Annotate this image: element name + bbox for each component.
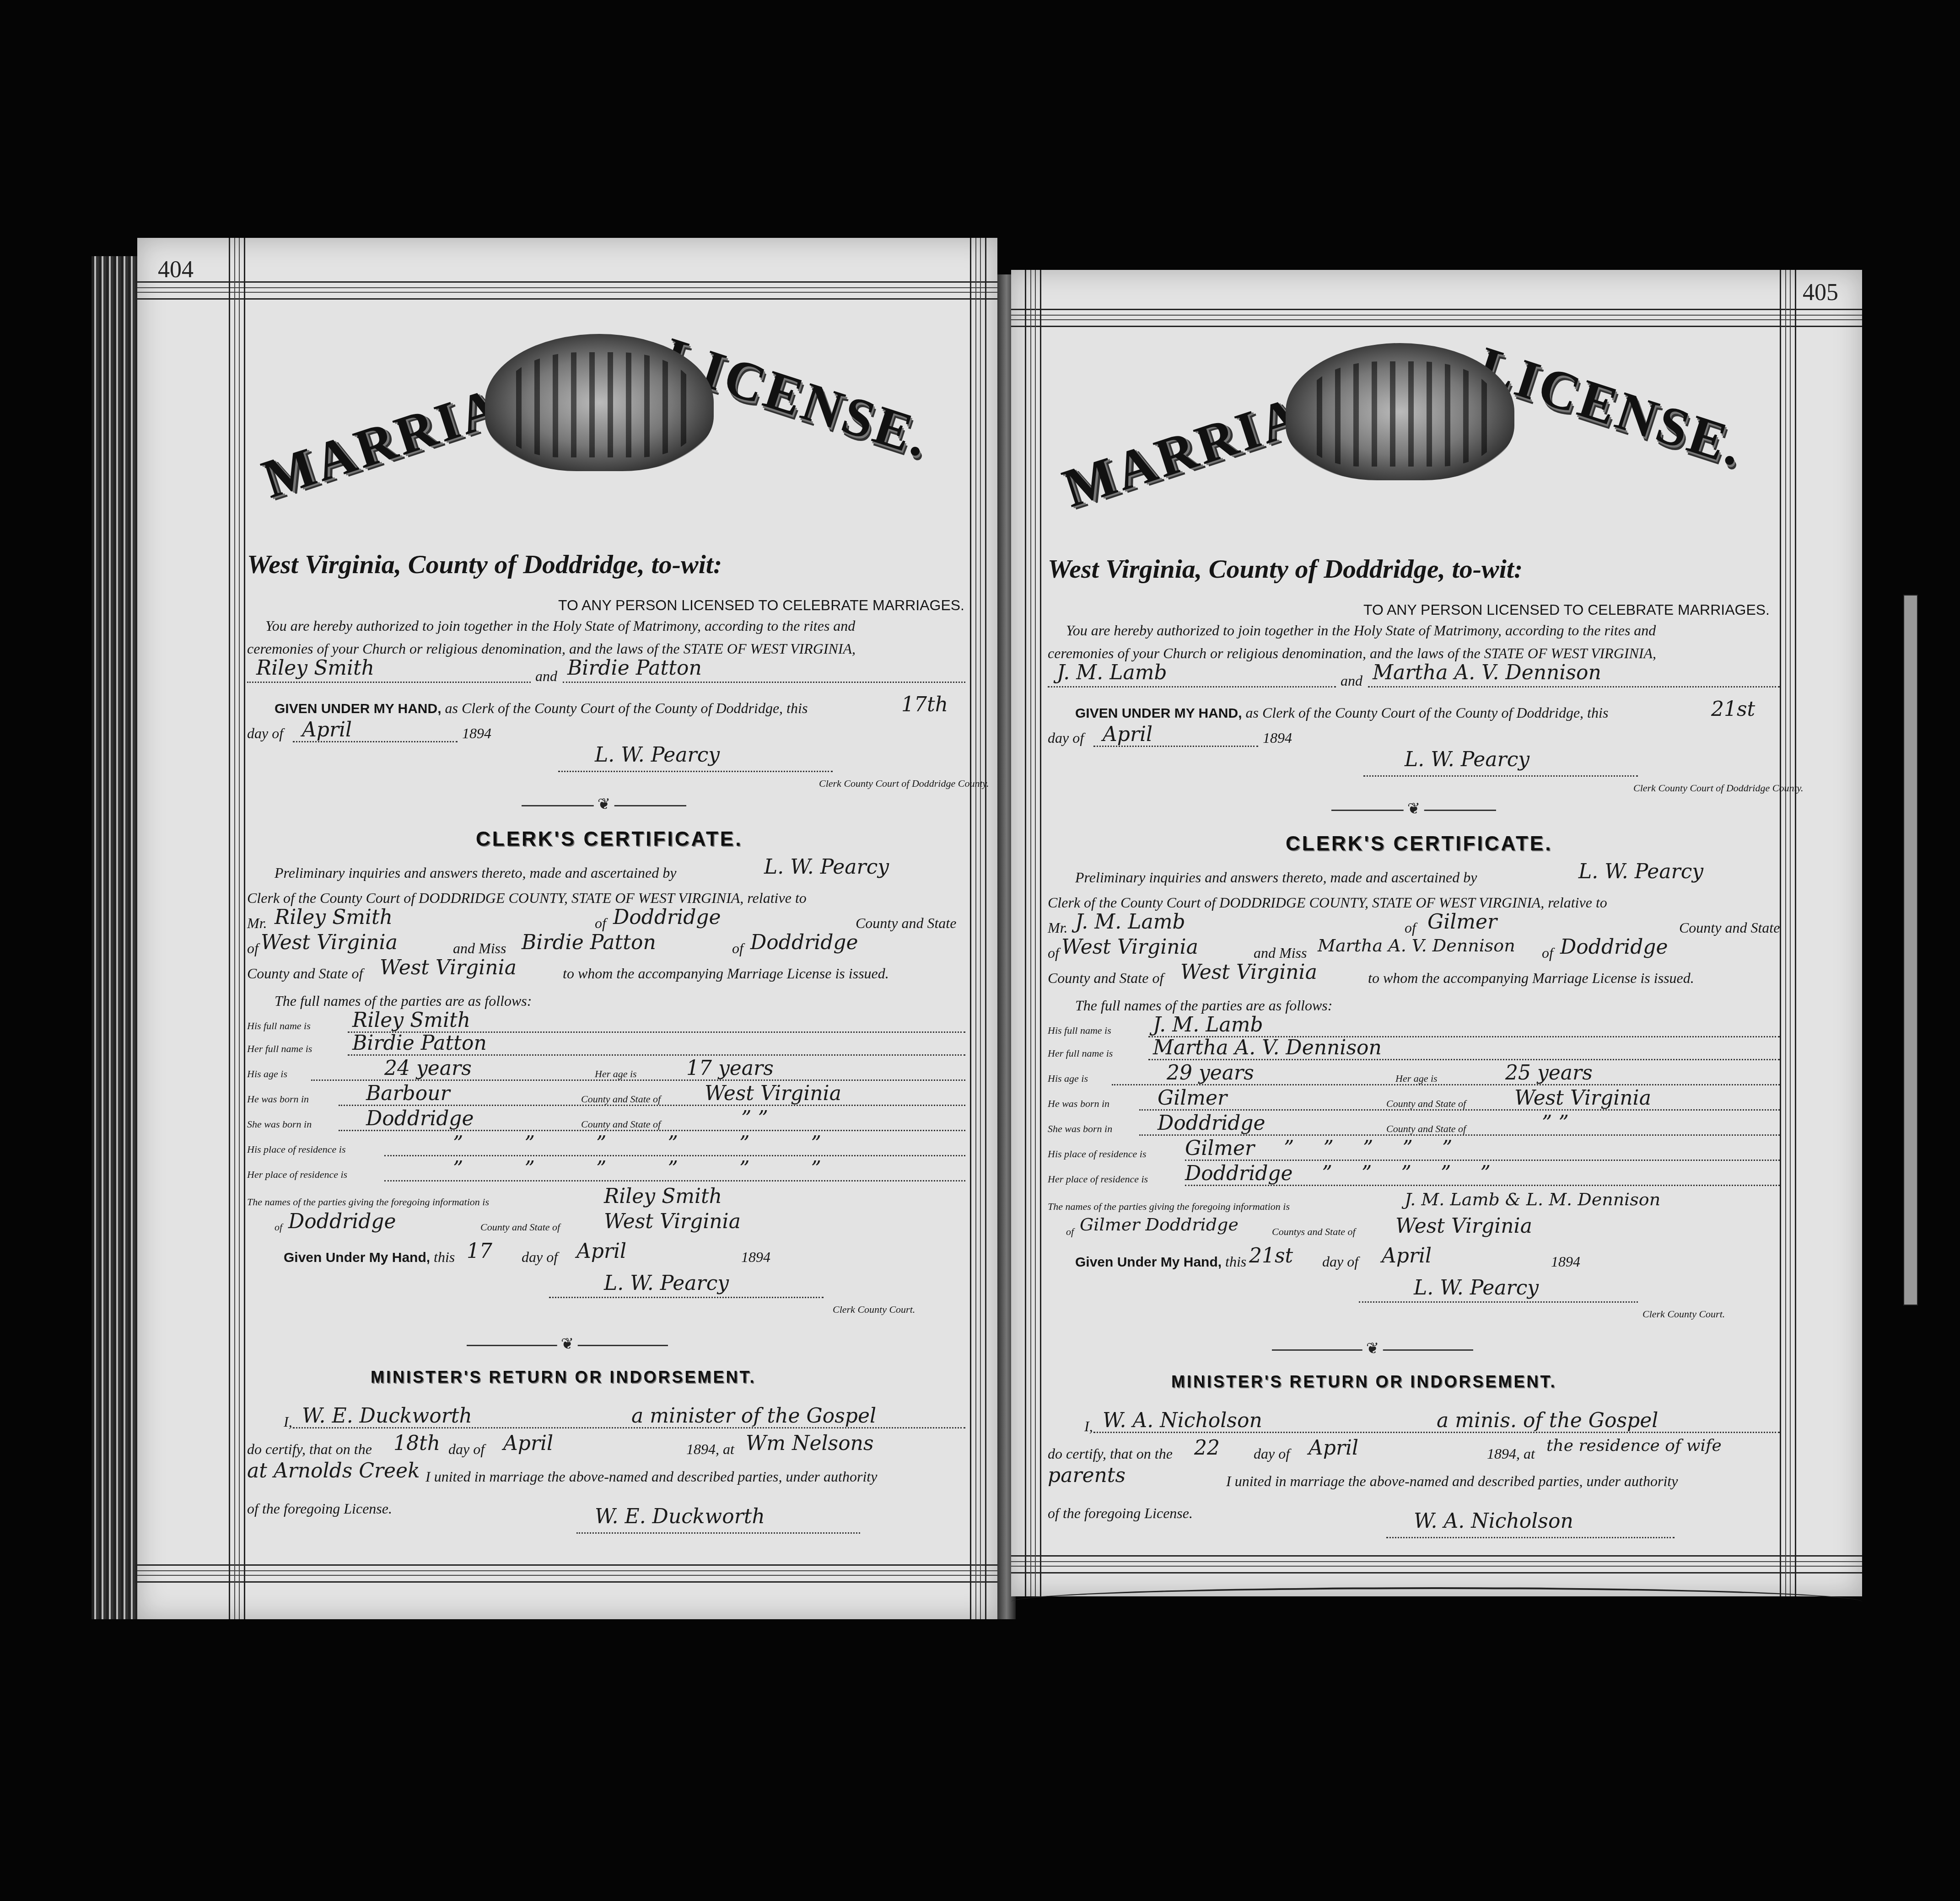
page-rule-bottom bbox=[137, 1564, 997, 1583]
cert-year: 1894 bbox=[1551, 1253, 1580, 1270]
he-born-label: He was born in bbox=[1048, 1098, 1109, 1110]
bride-name: Birdie Patton bbox=[567, 656, 702, 680]
mr-county: Doddridge bbox=[613, 906, 721, 929]
month-line bbox=[293, 741, 458, 742]
license-day: 17th bbox=[901, 693, 948, 716]
bride-line bbox=[563, 682, 965, 683]
line bbox=[1185, 1160, 1780, 1161]
her-residence: Doddridge ” ” ” ” ” bbox=[1185, 1162, 1491, 1185]
marriage-month: April bbox=[1308, 1436, 1358, 1460]
line bbox=[311, 1079, 965, 1081]
license-year: 1894 bbox=[462, 725, 491, 742]
his-residence: Gilmer ” ” ” ” ” bbox=[1185, 1137, 1453, 1160]
ornament-divider bbox=[1272, 1349, 1473, 1351]
his-full-name: J. M. Lamb bbox=[1153, 1013, 1263, 1036]
his-full-name-label: His full name is bbox=[1048, 1025, 1111, 1036]
line bbox=[576, 1532, 860, 1534]
marriage-month: April bbox=[503, 1432, 553, 1455]
minister-name: W. E. Duckworth bbox=[302, 1404, 472, 1428]
her-residence-label: Her place of residence is bbox=[1048, 1173, 1148, 1185]
cert-clerk-signature: L. W. Pearcy bbox=[1414, 1276, 1539, 1300]
page-rule-right bbox=[1780, 270, 1796, 1596]
given-under-hand-line: GIVEN UNDER MY HAND, as Clerk of the Cou… bbox=[275, 700, 808, 717]
mr-label: Mr. bbox=[247, 915, 267, 932]
informant-state: West Virginia bbox=[604, 1210, 741, 1233]
address-line: TO ANY PERSON LICENSED TO CELEBRATE MARR… bbox=[1363, 601, 1770, 618]
page-curl-bottom bbox=[1011, 1587, 1862, 1616]
he-born-county-state-label: County and State of bbox=[581, 1093, 661, 1105]
informant-label: The names of the parties giving the fore… bbox=[247, 1196, 489, 1208]
line bbox=[1359, 1301, 1638, 1303]
page-number: 404 bbox=[158, 256, 194, 283]
ministers-return-heading: MINISTER'S RETURN OR INDORSEMENT. bbox=[1171, 1372, 1557, 1391]
marriage-day-of-label: day of bbox=[448, 1441, 485, 1458]
marriage-year: 1894, at bbox=[1487, 1445, 1535, 1462]
minister-title: a minister of the Gospel bbox=[631, 1404, 876, 1428]
her-full-name: Martha A. V. Dennison bbox=[1153, 1036, 1382, 1059]
her-age-label: Her age is bbox=[595, 1068, 637, 1080]
mr-label: Mr. bbox=[1048, 919, 1068, 936]
line bbox=[1112, 1084, 1780, 1085]
given-under-hand-text: as Clerk of the County Court of the Coun… bbox=[445, 700, 808, 716]
county-state-label: County and State bbox=[856, 915, 956, 932]
to-whom-text: to whom the accompanying Marriage Licens… bbox=[563, 965, 889, 982]
clerk-of-text: Clerk of the County Court of DODDRIDGE C… bbox=[247, 890, 807, 907]
clerks-certificate-heading: CLERK'S CERTIFICATE. bbox=[476, 828, 743, 851]
his-age-label: His age is bbox=[1048, 1073, 1088, 1085]
informant-name: J. M. Lamb & L. M. Dennison bbox=[1405, 1189, 1660, 1209]
marriage-day-of-label: day of bbox=[1254, 1445, 1290, 1462]
mr-state: West Virginia bbox=[1061, 935, 1198, 959]
she-born-county-state-label: County and State of bbox=[1386, 1123, 1466, 1135]
clerk-signature: L. W. Pearcy bbox=[595, 743, 720, 767]
his-age: 24 years bbox=[384, 1057, 472, 1080]
line bbox=[339, 1105, 965, 1106]
ornament-divider bbox=[467, 1345, 668, 1346]
informant-county: Doddridge bbox=[288, 1210, 396, 1233]
certify-text: do certify, that on the bbox=[1048, 1445, 1173, 1462]
bride-name: Martha A. V. Dennison bbox=[1373, 661, 1601, 684]
ascertained-by: L. W. Pearcy bbox=[1578, 860, 1703, 883]
line bbox=[339, 1130, 965, 1131]
marriage-year: 1894, at bbox=[686, 1441, 734, 1458]
full-names-intro: The full names of the parties are as fol… bbox=[1075, 997, 1332, 1014]
marriage-license-form: MARRIAGE LICENSE. West Virginia, County … bbox=[247, 320, 965, 1555]
of-label: of bbox=[595, 915, 606, 932]
prelim-text: Preliminary inquiries and answers theret… bbox=[275, 865, 676, 881]
informant-county-state-label: County and State of bbox=[480, 1221, 560, 1233]
line bbox=[348, 1054, 965, 1056]
miss-of-label: of bbox=[732, 940, 743, 957]
line bbox=[384, 1180, 965, 1181]
his-full-name: Riley Smith bbox=[352, 1009, 470, 1032]
cert-month: April bbox=[1382, 1244, 1432, 1267]
ascertained-by: L. W. Pearcy bbox=[764, 855, 889, 879]
and-label: and bbox=[535, 668, 557, 685]
and-label: and bbox=[1341, 672, 1362, 689]
given-under-hand-label: GIVEN UNDER MY HAND, bbox=[275, 701, 441, 716]
cert-day: 21st bbox=[1249, 1244, 1293, 1267]
and-miss-label: and Miss bbox=[453, 940, 506, 957]
informant-of-label: of bbox=[1066, 1226, 1074, 1238]
clerk-signature-line bbox=[1363, 775, 1638, 777]
of-license-text: of the foregoing License. bbox=[247, 1500, 392, 1517]
authorization-text-2: ceremonies of your Church or religious d… bbox=[247, 640, 856, 657]
cert-clerk-caption: Clerk County Court. bbox=[1642, 1308, 1725, 1320]
day-of-label: day of bbox=[1048, 730, 1084, 746]
certify-text: do certify, that on the bbox=[247, 1441, 372, 1458]
her-residence: ” ” ” ” ” ” bbox=[453, 1157, 849, 1181]
address-line: TO ANY PERSON LICENSED TO CELEBRATE MARR… bbox=[558, 597, 964, 614]
she-born-state: ” ” bbox=[1542, 1112, 1569, 1135]
her-full-name-label: Her full name is bbox=[1048, 1047, 1113, 1059]
cert-year: 1894 bbox=[741, 1249, 770, 1266]
his-residence: ” ” ” ” ” ” bbox=[453, 1132, 849, 1155]
minister-signature: W. E. Duckworth bbox=[595, 1505, 765, 1528]
given-under-hand-line: GIVEN UNDER MY HAND, as Clerk of the Cou… bbox=[1075, 704, 1608, 721]
he-born-state: West Virginia bbox=[1514, 1086, 1651, 1110]
cert-day-of-label: day of bbox=[1322, 1253, 1358, 1270]
cert-day: 17 bbox=[467, 1240, 492, 1263]
clerk-caption: Clerk County Court of Doddridge County. bbox=[1633, 782, 1804, 794]
and-miss-label: and Miss bbox=[1254, 945, 1307, 961]
given-under-hand-label: GIVEN UNDER MY HAND, bbox=[1075, 706, 1242, 721]
bride-line bbox=[1368, 686, 1780, 687]
her-full-name: Birdie Patton bbox=[352, 1031, 487, 1055]
informant-of-label: of bbox=[275, 1221, 282, 1233]
minister-i-label: I, bbox=[1084, 1418, 1093, 1435]
heading-to-wit: West Virginia, County of Doddridge, to-w… bbox=[247, 549, 722, 580]
marriage-day: 22 bbox=[1194, 1436, 1220, 1460]
his-residence-label: His place of residence is bbox=[247, 1144, 345, 1155]
license-day: 21st bbox=[1711, 698, 1755, 721]
of-state-label: of bbox=[247, 940, 258, 957]
line bbox=[1148, 1059, 1780, 1060]
cert-this-label: this bbox=[434, 1249, 455, 1265]
left-page: 404 MARRIAGE LICENSE. West Virginia, Cou… bbox=[137, 238, 997, 1619]
cert-given-under-hand: Given Under My Hand, this bbox=[1075, 1253, 1246, 1270]
page-number: 405 bbox=[1803, 279, 1838, 306]
her-full-name-label: Her full name is bbox=[247, 1043, 312, 1055]
her-age: 25 years bbox=[1505, 1061, 1593, 1085]
of-license-text: of the foregoing License. bbox=[1048, 1505, 1193, 1522]
given-under-hand-text: as Clerk of the County Court of the Coun… bbox=[1245, 704, 1608, 721]
miss-name: Martha A. V. Dennison bbox=[1318, 935, 1515, 956]
mr-name: J. M. Lamb bbox=[1075, 910, 1185, 934]
his-residence-label: His place of residence is bbox=[1048, 1148, 1146, 1160]
full-names-intro: The full names of the parties are as fol… bbox=[275, 993, 532, 1010]
marriage-license-form: MARRIAGE LICENSE. West Virginia, County … bbox=[1048, 329, 1780, 1541]
page-rule-left bbox=[1025, 270, 1041, 1596]
mr-county: Gilmer bbox=[1427, 910, 1497, 934]
clerk-of-text: Clerk of the County Court of DODDRIDGE C… bbox=[1048, 894, 1607, 911]
line bbox=[549, 1297, 824, 1298]
of-state-label: of bbox=[1048, 945, 1059, 961]
cert-given-label: Given Under My Hand, bbox=[284, 1250, 430, 1265]
line bbox=[1139, 1134, 1780, 1136]
cert-this-label: this bbox=[1225, 1253, 1246, 1270]
line bbox=[1386, 1537, 1675, 1538]
he-born-state: West Virginia bbox=[705, 1082, 841, 1105]
heading-to-wit: West Virginia, County of Doddridge, to-w… bbox=[1048, 553, 1523, 584]
day-of-label: day of bbox=[247, 725, 283, 742]
wedding-engraving bbox=[1286, 343, 1514, 480]
he-born-county: Barbour bbox=[366, 1082, 450, 1105]
right-page: 405 MARRIAGE LICENSE. West Virginia, Cou… bbox=[1011, 270, 1862, 1596]
license-year: 1894 bbox=[1263, 730, 1292, 746]
he-born-county: Gilmer bbox=[1158, 1086, 1227, 1110]
miss-state: West Virginia bbox=[1180, 961, 1317, 984]
authorization-text-2: ceremonies of your Church or religious d… bbox=[1048, 645, 1656, 662]
she-born-county: Doddridge bbox=[366, 1107, 474, 1130]
line bbox=[293, 1427, 965, 1428]
authorization-text-1: You are hereby authorized to join togeth… bbox=[1066, 622, 1656, 639]
page-rule-bottom bbox=[1011, 1555, 1862, 1573]
clerk-signature: L. W. Pearcy bbox=[1405, 748, 1529, 771]
prelim-text: Preliminary inquiries and answers theret… bbox=[1075, 869, 1477, 886]
he-born-label: He was born in bbox=[247, 1093, 309, 1105]
miss-county: Doddridge bbox=[750, 931, 858, 954]
cert-day-of-label: day of bbox=[522, 1249, 558, 1266]
she-born-county-state-label: County and State of bbox=[581, 1118, 661, 1130]
authorization-text-1: You are hereby authorized to join togeth… bbox=[265, 618, 855, 634]
groom-line bbox=[1048, 686, 1336, 687]
groom-line bbox=[247, 682, 531, 683]
informant-label: The names of the parties giving the fore… bbox=[1048, 1201, 1290, 1213]
miss-name: Birdie Patton bbox=[522, 931, 656, 954]
month-line bbox=[1093, 746, 1258, 747]
mr-state: West Virginia bbox=[261, 931, 398, 954]
her-age: 17 years bbox=[686, 1057, 774, 1080]
she-born-state: ” ” bbox=[741, 1107, 768, 1130]
informant-state: West Virginia bbox=[1395, 1214, 1532, 1238]
cert-clerk-signature: L. W. Pearcy bbox=[604, 1272, 729, 1295]
license-month: April bbox=[1103, 723, 1152, 746]
clerk-signature-line bbox=[558, 771, 833, 772]
line bbox=[1139, 1109, 1780, 1111]
mr-name: Riley Smith bbox=[275, 906, 393, 929]
cert-clerk-caption: Clerk County Court. bbox=[833, 1304, 915, 1316]
page-rule-right bbox=[970, 238, 986, 1619]
united-text: I united in marriage the above-named and… bbox=[1226, 1473, 1678, 1490]
clerks-certificate-heading: CLERK'S CERTIFICATE. bbox=[1286, 832, 1552, 855]
to-whom-text: to whom the accompanying Marriage Licens… bbox=[1368, 970, 1694, 987]
she-born-label: She was born in bbox=[247, 1118, 312, 1130]
his-full-name-label: His full name is bbox=[247, 1020, 311, 1032]
ornament-divider bbox=[522, 805, 686, 806]
marriage-day: 18th bbox=[393, 1432, 440, 1455]
county-state-label: County and State bbox=[1679, 919, 1780, 936]
groom-name: Riley Smith bbox=[256, 656, 374, 680]
cert-given-under-hand: Given Under My Hand, this bbox=[284, 1249, 455, 1266]
groom-name: J. M. Lamb bbox=[1057, 661, 1167, 684]
minister-signature: W. A. Nicholson bbox=[1414, 1509, 1573, 1533]
wedding-engraving bbox=[485, 334, 714, 471]
miss-of-label: of bbox=[1542, 945, 1553, 961]
her-age-label: Her age is bbox=[1395, 1073, 1438, 1085]
county-state-of-label: County and State of bbox=[247, 965, 363, 982]
minister-i-label: I, bbox=[284, 1413, 292, 1430]
informant-county: Gilmer Doddridge bbox=[1080, 1214, 1238, 1235]
page-rule-top bbox=[137, 281, 997, 300]
informant-name: Riley Smith bbox=[604, 1185, 722, 1208]
cert-given-label: Given Under My Hand, bbox=[1075, 1255, 1222, 1270]
bookmark-ribbon bbox=[1903, 595, 1918, 1305]
license-month: April bbox=[302, 718, 352, 741]
his-age-label: His age is bbox=[247, 1068, 287, 1080]
minister-name: W. A. Nicholson bbox=[1103, 1409, 1262, 1432]
her-residence-label: Her place of residence is bbox=[247, 1169, 347, 1181]
his-age: 29 years bbox=[1167, 1061, 1254, 1085]
informant-county-state-label: Countys and State of bbox=[1272, 1226, 1356, 1238]
line bbox=[1093, 1432, 1780, 1433]
marriage-place-1: the residence of wife bbox=[1546, 1436, 1722, 1455]
marriage-place-1: Wm Nelsons bbox=[746, 1432, 874, 1455]
clerk-caption: Clerk County Court of Doddridge County. bbox=[819, 778, 989, 789]
page-rule-left bbox=[229, 238, 245, 1619]
ornament-divider bbox=[1331, 810, 1496, 811]
minister-title: a minis. of the Gospel bbox=[1437, 1409, 1658, 1432]
she-born-label: She was born in bbox=[1048, 1123, 1112, 1135]
miss-state: West Virginia bbox=[380, 956, 517, 979]
county-state-of-label: County and State of bbox=[1048, 970, 1163, 987]
of-label: of bbox=[1405, 919, 1416, 936]
she-born-county: Doddridge bbox=[1158, 1112, 1265, 1135]
united-text: I united in marriage the above-named and… bbox=[425, 1468, 877, 1485]
marriage-place-2: at Arnolds Creek bbox=[247, 1459, 420, 1482]
line bbox=[384, 1155, 965, 1156]
miss-county: Doddridge bbox=[1560, 935, 1668, 959]
he-born-county-state-label: County and State of bbox=[1386, 1098, 1466, 1110]
line bbox=[1185, 1185, 1780, 1186]
cert-month: April bbox=[576, 1240, 626, 1263]
marriage-place-2: parents bbox=[1048, 1464, 1125, 1487]
ministers-return-heading: MINISTER'S RETURN OR INDORSEMENT. bbox=[371, 1368, 756, 1387]
page-rule-top bbox=[1011, 309, 1862, 327]
